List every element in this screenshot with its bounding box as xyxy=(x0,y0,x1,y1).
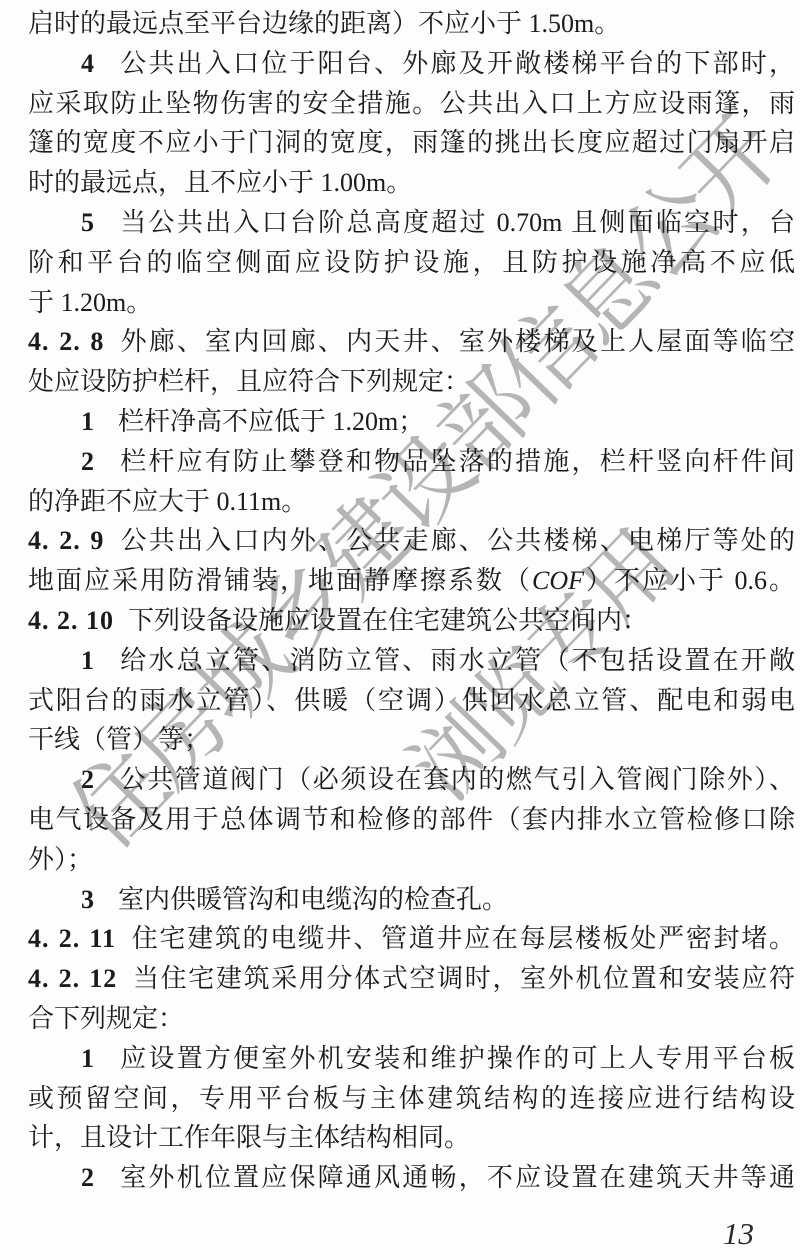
text-line: 计，且设计工作年限与主体结构相同。 xyxy=(28,1118,795,1158)
document-text: 启时的最远点至平台边缘的距离）不应小于 1.50m。4公共出入口位于阳台、外廊及… xyxy=(28,4,795,1198)
clause-number: 4. 2. 9 xyxy=(28,526,104,555)
text-run: 或预留空间，专用平台板与主体建筑结构的连接应进行结构设 xyxy=(28,1084,795,1113)
text-run: 启时的最远点至平台边缘的距离）不应小于 1.50m。 xyxy=(28,9,620,38)
text-run: 下列设备设施应设置在住宅建筑公共空间内： xyxy=(128,606,648,635)
text-line: 4. 2. 8外廊、室内回廊、内天井、室外楼梯及上人屋面等临空 xyxy=(28,322,795,362)
text-line: 合下列规定： xyxy=(28,999,795,1039)
clause-number: 4. 2. 12 xyxy=(28,964,117,993)
text-line: 应采取防止坠物伤害的安全措施。公共出入口上方应设雨篷，雨 xyxy=(28,84,795,124)
text-line: 4. 2. 12当住宅建筑采用分体式空调时，室外机位置和安装应符 xyxy=(28,959,795,999)
text-run: 住宅建筑的电缆井、管道井应在每层楼板处严密封堵。 xyxy=(130,924,795,953)
text-run: 应设置方便室外机安装和维护操作的可上人专用平台板 xyxy=(118,1044,795,1073)
text-line: 时的最远点，且不应小于 1.00m。 xyxy=(28,163,795,203)
text-run: 公共出入口位于阳台、外廊及开敞楼梯平台的下部时， xyxy=(118,49,795,78)
item-number: 2 xyxy=(81,1163,94,1192)
text-run: 篷的宽度不应小于门洞的宽度，雨篷的挑出长度应超过门扇开启 xyxy=(28,128,795,157)
item-number: 2 xyxy=(81,765,94,794)
text-line: 5当公共出入口台阶总高度超过 0.70m 且侧面临空时，台 xyxy=(28,203,795,243)
document-page: 住房城乡建设部信息公开 浏览专用 启时的最远点至平台边缘的距离）不应小于 1.5… xyxy=(0,0,800,1260)
text-run: 合下列规定： xyxy=(28,1004,184,1033)
text-run: 公共出入口内外、公共走廊、公共楼梯、电梯厅等处的 xyxy=(118,526,795,555)
text-line: 4. 2. 9公共出入口内外、公共走廊、公共楼梯、电梯厅等处的 xyxy=(28,521,795,561)
item-number: 2 xyxy=(81,447,94,476)
text-line: 阶和平台的临空侧面应设防护设施，且防护设施净高不应低 xyxy=(28,243,795,283)
text-run: 于 1.20m。 xyxy=(28,288,152,317)
text-line: 篷的宽度不应小于门洞的宽度，雨篷的挑出长度应超过门扇开启 xyxy=(28,123,795,163)
text-run: 给水总立管、消防立管、雨水立管（不包括设置在开敞 xyxy=(118,646,795,675)
text-line: 电气设备及用于总体调节和检修的部件（套内排水立管检修口除 xyxy=(28,800,795,840)
item-number: 4 xyxy=(81,49,94,78)
item-number: 1 xyxy=(81,1044,94,1073)
page-number: 13 xyxy=(723,1216,754,1252)
text-run: 电气设备及用于总体调节和检修的部件（套内排水立管检修口除 xyxy=(28,805,795,834)
text-line: 4公共出入口位于阳台、外廊及开敞楼梯平台的下部时， xyxy=(28,44,795,84)
text-run: 当公共出入口台阶总高度超过 0.70m 且侧面临空时，台 xyxy=(118,208,795,237)
text-line: 4. 2. 11住宅建筑的电缆井、管道井应在每层楼板处严密封堵。 xyxy=(28,919,795,959)
text-run: 室内供暖管沟和电缆沟的检查孔。 xyxy=(118,885,508,914)
text-line: 外）； xyxy=(28,840,795,880)
item-number: 1 xyxy=(81,646,94,675)
text-run: 室外机位置应保障通风通畅，不应设置在建筑天井等通 xyxy=(118,1163,795,1192)
text-line: 启时的最远点至平台边缘的距离）不应小于 1.50m。 xyxy=(28,4,795,44)
text-line: 1给水总立管、消防立管、雨水立管（不包括设置在开敞 xyxy=(28,641,795,681)
text-line: 1应设置方便室外机安装和维护操作的可上人专用平台板 xyxy=(28,1039,795,1079)
text-line: 处应设防护栏杆，且应符合下列规定： xyxy=(28,362,795,402)
text-run: 外）； xyxy=(28,845,93,874)
text-line: 2栏杆应有防止攀登和物品坠落的措施，栏杆竖向杆件间 xyxy=(28,442,795,482)
text-line: 或预留空间，专用平台板与主体建筑结构的连接应进行结构设 xyxy=(28,1079,795,1119)
clause-number: 4. 2. 8 xyxy=(28,327,104,356)
text-line: 2室外机位置应保障通风通畅，不应设置在建筑天井等通 xyxy=(28,1158,795,1198)
text-line: 于 1.20m。 xyxy=(28,283,795,323)
text-run: 栏杆净高不应低于 1.20m； xyxy=(118,407,424,436)
text-run: 干线（管）等； xyxy=(28,725,210,754)
text-run: 的净距不应大于 0.11m。 xyxy=(28,487,307,516)
text-line: 1栏杆净高不应低于 1.20m； xyxy=(28,402,795,442)
text-line: 2公共管道阀门（必须设在套内的燃气引入管阀门除外）、 xyxy=(28,760,795,800)
text-line: 的净距不应大于 0.11m。 xyxy=(28,482,795,522)
item-number: 3 xyxy=(81,885,94,914)
text-run: 栏杆应有防止攀登和物品坠落的措施，栏杆竖向杆件间 xyxy=(118,447,795,476)
text-run: 地面应采用防滑铺装，地面静摩擦系数（COF）不应小于 0.6。 xyxy=(28,566,795,595)
clause-number: 4. 2. 10 xyxy=(28,606,114,635)
item-number: 5 xyxy=(81,208,94,237)
text-run: 应采取防止坠物伤害的安全措施。公共出入口上方应设雨篷，雨 xyxy=(28,89,795,118)
text-run: 计，且设计工作年限与主体结构相同。 xyxy=(28,1123,470,1152)
text-line: 干线（管）等； xyxy=(28,720,795,760)
text-line: 3室内供暖管沟和电缆沟的检查孔。 xyxy=(28,880,795,920)
text-run: 处应设防护栏杆，且应符合下列规定： xyxy=(28,367,470,396)
item-number: 1 xyxy=(81,407,94,436)
text-run: 公共管道阀门（必须设在套内的燃气引入管阀门除外）、 xyxy=(118,765,795,794)
text-run: 外廊、室内回廊、内天井、室外楼梯及上人屋面等临空 xyxy=(118,327,795,356)
text-run: 时的最远点，且不应小于 1.00m。 xyxy=(28,168,412,197)
text-line: 式阳台的雨水立管）、供暖（空调）供回水总立管、配电和弱电 xyxy=(28,681,795,721)
text-run: 式阳台的雨水立管）、供暖（空调）供回水总立管、配电和弱电 xyxy=(28,686,795,715)
clause-number: 4. 2. 11 xyxy=(28,924,116,953)
text-line: 地面应采用防滑铺装，地面静摩擦系数（COF）不应小于 0.6。 xyxy=(28,561,795,601)
text-run: 阶和平台的临空侧面应设防护设施，且防护设施净高不应低 xyxy=(28,248,795,277)
text-run: 当住宅建筑采用分体式空调时，室外机位置和安装应符 xyxy=(131,964,795,993)
text-line: 4. 2. 10下列设备设施应设置在住宅建筑公共空间内： xyxy=(28,601,795,641)
